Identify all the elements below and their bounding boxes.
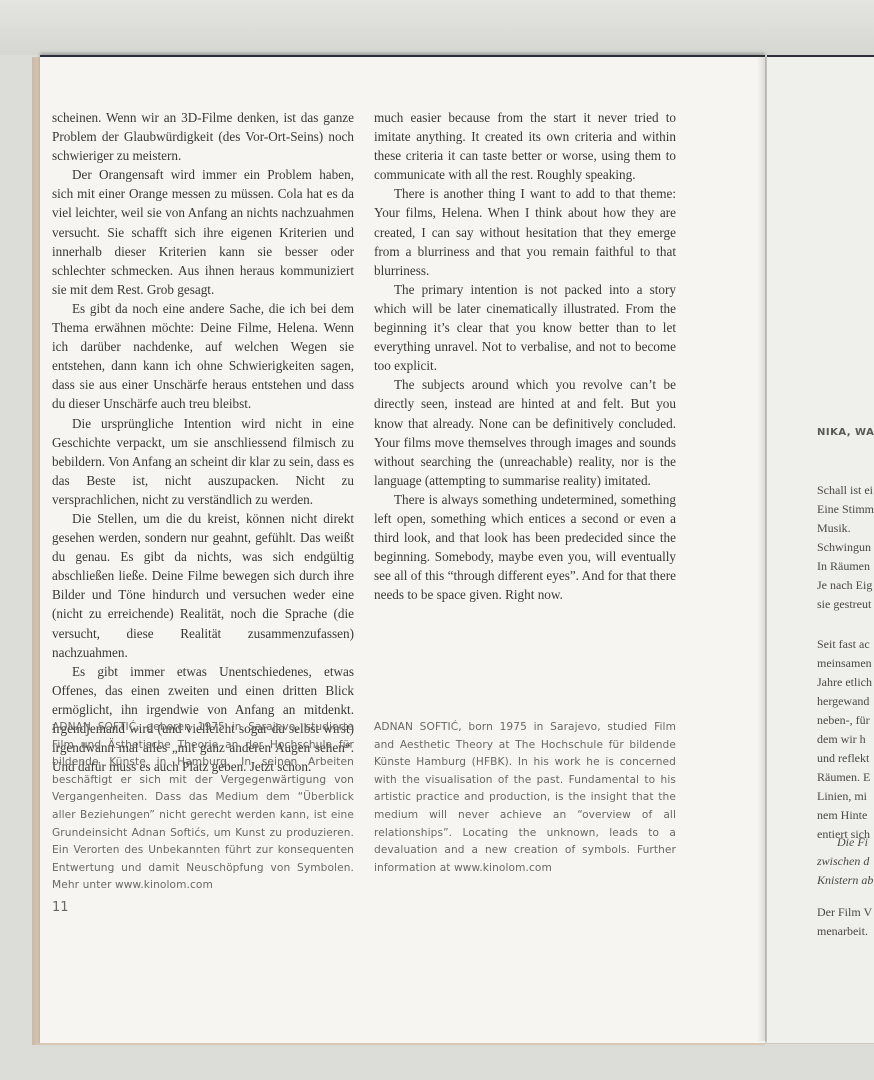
paragraph: The subjects around which you revolve ca… (374, 375, 676, 490)
paragraph: scheinen. Wenn wir an 3D-Filme denken, i… (52, 108, 354, 165)
german-text-column: scheinen. Wenn wir an 3D-Filme denken, i… (52, 108, 354, 776)
text-line: Schall ist ei (817, 481, 874, 500)
text-block: Seit fast ac meinsamen Jahre etlich herg… (817, 635, 874, 844)
paragraph: Es gibt da noch eine andere Sache, die i… (52, 299, 354, 414)
scanner-background (0, 0, 874, 55)
text-line: hergewand (817, 692, 874, 711)
text-line: nem Hinte (817, 806, 874, 825)
text-line: In Räumen (817, 557, 874, 576)
text-line: Musik. (817, 519, 874, 538)
section-heading: NIKA, WA (817, 427, 874, 438)
text-line: Die Fi (817, 833, 874, 852)
paragraph: Die ursprüngliche Intention wird nicht i… (52, 414, 354, 509)
text-line: Seit fast ac (817, 635, 874, 654)
paragraph: much easier because from the start it ne… (374, 108, 676, 184)
text-line: Schwingun (817, 538, 874, 557)
paragraph: Der Orangensaft wird immer ein Problem h… (52, 165, 354, 299)
paragraph: Die Stellen, um die du kreist, können ni… (52, 509, 354, 662)
paragraph: There is always something undetermined, … (374, 490, 676, 605)
text-line: und reflekt (817, 749, 874, 768)
text-line: Jahre etlich (817, 673, 874, 692)
text-line: sie gestreut (817, 595, 874, 614)
text-line: zwischen d (817, 852, 874, 871)
italic-text-block: Die Fi zwischen d Knistern ab (817, 833, 874, 890)
text-line: meinsamen (817, 654, 874, 673)
text-block: Schall ist ei Eine Stimm Musik. Schwingu… (817, 481, 874, 614)
text-line: Der Film V (817, 903, 874, 922)
author-bio-german: ADNAN SOFTIĆ, geboren 1975 in Sarajevo, … (52, 719, 354, 895)
text-line: neben-, für (817, 711, 874, 730)
text-block: Der Film V menarbeit. (817, 903, 874, 941)
english-text-column: much easier because from the start it ne… (374, 108, 676, 604)
paragraph: The primary intention is not packed into… (374, 280, 676, 375)
text-line: dem wir h (817, 730, 874, 749)
text-line: Linien, mi (817, 787, 874, 806)
page-number: 11 (52, 900, 69, 915)
text-line: Je nach Eig (817, 576, 874, 595)
text-line: menarbeit. (817, 922, 874, 941)
text-line: Räumen. E (817, 768, 874, 787)
author-bio-english: ADNAN SOFTIĆ, born 1975 in Sarajevo, stu… (374, 719, 676, 877)
text-line: Eine Stimm (817, 500, 874, 519)
text-line: Knistern ab (817, 871, 874, 890)
paragraph: There is another thing I want to add to … (374, 184, 676, 279)
right-page-fragment: NIKA, WA Schall ist ei Eine Stimm Musik.… (767, 55, 874, 1044)
